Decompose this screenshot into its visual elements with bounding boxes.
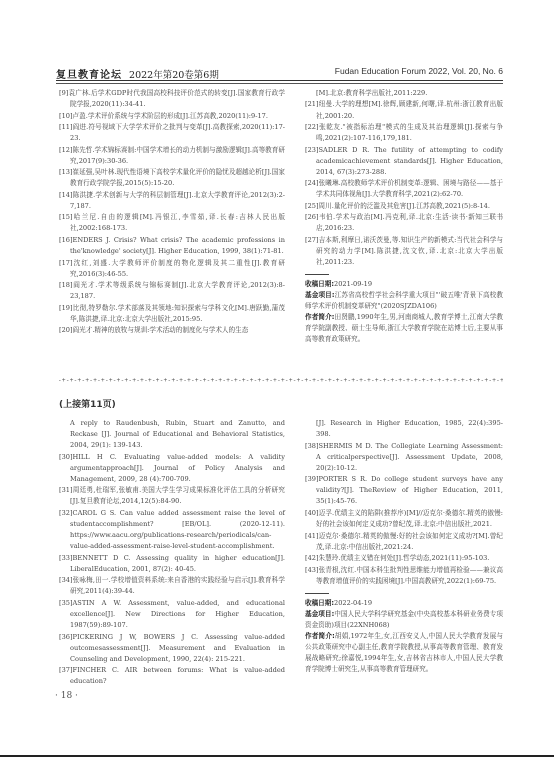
meta-rule	[305, 274, 329, 275]
reference-item: [11]阎进.符号视域下大学学术评价之批判与变革[J].高教探索,2020(11…	[59, 122, 285, 144]
reference-text: [19]比彻,特罗勒尔.学术部落及其领地:知识探索与学科文化[M].唐	[59, 304, 256, 312]
reference-text: [14]陈洪捷.学术创新与大学的科层制管理[J].北京大学教育评论,	[59, 191, 250, 199]
reference-text: [10]卢盈.学术评价系统与学术阶层的形成[J].江苏高教,2020(11):	[59, 112, 251, 120]
reference-item: [16]ENDERS J. Crisis? What crisis? The a…	[59, 235, 285, 257]
fund-project-value: 江苏省高校哲学社会科学重大项目"'破五唯'背景下高校教师学术评价机制变革研究"(…	[305, 291, 503, 310]
header-rule-thin	[56, 83, 503, 84]
reference-item: [15]哈兰尼.自由的逻辑[M].冯银江,李雪茹,译.长春:吉林人民出版社,20…	[59, 212, 285, 234]
reference-item: [12]陈先哲.学术锦标赛制:中国学术增长的动力机制与激励逻辑[J].高等教育研…	[59, 145, 285, 167]
continued-from-label: (上接第11页)	[59, 397, 116, 410]
author-bio-value: 胡娟,1972年生,女,江西安义人,中国人民大学教育发展与公共政策研究中心副主任…	[305, 632, 503, 673]
reference-continuation: 社,2002:168-173.	[70, 224, 127, 232]
reference-text: [24]张曦琳.高校教师学术评价机制变革:逻辑、困境与路径——基	[305, 179, 496, 187]
reference-continuation: 2021(2):107-116,179,181.	[325, 134, 412, 142]
fund-project: 基金项目:江苏省高校哲学社会科学重大项目"'破五唯'背景下高校教师学术评价机制变…	[305, 290, 503, 312]
received-date: 收稿日期:2022-04-19	[305, 598, 503, 609]
reference-item: [31]周廷勇,杜瑞军,张敏甫.美国大学生学习成果标准化评估工具的分析研究[J]…	[59, 485, 285, 507]
received-date-label: 收稿日期:	[305, 280, 334, 288]
reference-item: [13]崔延强,吴叶林.现代性语境下高校学术量化评价的隐忧及超越论析[J].国家…	[59, 167, 285, 189]
reference-item: A reply to Raudenbush, Rubin, Stuart and…	[59, 418, 285, 451]
reference-text: [13]崔延强,吴叶林.现代性语境下高校学术量化评价的隐忧及超越	[59, 168, 249, 176]
journal-title-en: Fudan Education Forum 2022, Vol. 20, No.…	[335, 66, 503, 76]
reference-continuation: A reply to Raudenbush, Rubin, Stuart and…	[70, 419, 285, 449]
reference-item: [M].北京:教育科学出版社,2011:229.	[305, 88, 503, 99]
reference-item: [32]CAROL G S. Can value added assessmen…	[59, 508, 285, 552]
received-date-value: 2021-09-19	[334, 280, 372, 288]
reference-item: [37]FINCHER C. AIR between forums: What …	[59, 665, 285, 687]
reference-item: [35]ASTIN A W. Assessment, value-added, …	[59, 598, 285, 631]
reference-text: [42]朱慧玲.优绩主义错在何处[J].哲学动态,2021(11):95-103…	[305, 554, 489, 562]
reference-continuation: 店,2016:23.	[316, 224, 354, 232]
reference-item: [34]张咏梅,田一.学校增值资料系统:来自香港的实践经验与启示[J].教育科学…	[59, 575, 285, 597]
reference-text: [21]纽曼.大学的理想[M].徐辉,顾建新,何曙,译.杭州:浙江教育出	[305, 100, 496, 108]
meta-rule	[305, 593, 329, 594]
reference-item: [38]SHERMIS M D. The Collegiate Learning…	[305, 441, 503, 474]
reference-item: [19]比彻,特罗勒尔.学术部落及其领地:知识探索与学科文化[M].唐跃勤,蒲茂…	[59, 303, 285, 325]
reference-continuation: assessment[J]. Measurement and Evaluatio…	[70, 644, 285, 663]
top-left-references: [9]袁广林.后学术GDP时代我国高校科技评价范式的转变[J].国家教育行政学院…	[59, 88, 285, 337]
reference-text: [43]张青根,沈红.中国本科生批判性思维能力增值再检验——兼议	[305, 566, 496, 574]
reference-text: [31]周廷勇,杜瑞军,张敏甫.美国大学生学习成果标准化评估工具	[59, 486, 251, 494]
reference-item: [27]吉本斯,利摩日,诺沃茨曼,等.知识生产的新模式:当代社会科学与研究的动力…	[305, 235, 503, 268]
reference-item: [40]迈孚.优绩主义的陷阱(推荐序)[M]//迈克尔·桑德尔.精英的傲慢:好的…	[305, 508, 503, 530]
reference-item: [25]周川.量化评价的泛滥及其危害[J].江苏高教,2021(5):8-14.	[305, 201, 503, 212]
author-bio-label: 作者简介:	[305, 313, 334, 321]
reference-text: [27]吉本斯,利摩日,诺沃茨曼,等.知识生产的新模式:当代社会科	[305, 236, 490, 244]
reference-item: [23]SADLER D R. The futility of attempti…	[305, 145, 503, 178]
bottom-right-references: [J]. Research in Higher Education, 1985,…	[305, 418, 503, 675]
reference-continuation: accomplishment? [EB/OL]. (2020-12-11). h…	[70, 520, 285, 550]
reference-continuation: 'knowledge' society[J]. Higher Education…	[81, 247, 284, 255]
header-journal-cn: 复旦教育论坛 2022年第20卷第6期	[56, 66, 219, 81]
fund-project: 基金项目:中国人民大学科学研究基金(中央高校基本科研业务费专项资金资助)项目(2…	[305, 609, 503, 631]
reference-continuation: 9-17.	[251, 112, 268, 120]
reference-text: [9]袁广林.后学术GDP时代我国高校科技评价范式的转变[J].国家	[59, 89, 251, 97]
reference-item: [43]张青根,沈红.中国本科生批判性思维能力增值再检验——兼议高等教育增值评价…	[305, 565, 503, 587]
reference-text: [41]迈克尔·桑德尔.精英的傲慢:好的社会该如何定义成功?[M].曾	[305, 532, 496, 540]
reference-item: [21]纽曼.大学的理想[M].徐辉,顾建新,何曙,译.杭州:浙江教育出版社,2…	[305, 99, 503, 121]
reference-text: [34]张咏梅,田一.学校增值资料系统:来自香港的实践经验与启示	[59, 576, 248, 584]
reference-item: [26]韦伯.学术与政治[M].冯克利,译.北京:生活·读书·新知三联书店,20…	[305, 212, 503, 234]
received-date: 收稿日期:2021-09-19	[305, 279, 503, 290]
reference-text: [37]FINCHER C. AIR between forums: What …	[59, 666, 285, 685]
received-date-value: 2022-04-19	[334, 599, 372, 607]
reference-item: [14]陈洪捷.学术创新与大学的科层制管理[J].北京大学教育评论,2012(3…	[59, 190, 285, 212]
reference-text: [11]阎进.符号视域下大学学术评价之批判与变革[J].高教探索,	[59, 123, 242, 131]
reference-item: [20]阎光才.精神的放牧与规训:学术活动的制度化与学术人的生态	[59, 325, 285, 336]
reference-text: [25]周川.量化评价的泛滥及其危害[J].江苏高教,2021(5):8-14.	[305, 202, 490, 210]
reference-continuation: approach[J]. Journal of Policy Analysis …	[70, 464, 285, 483]
author-bio-value: 田贤鹏,1990年生,男,河南商城人,教育学博士,江南大学教育学院副教授、硕士生…	[305, 313, 503, 343]
author-bio-label: 作者简介:	[305, 632, 335, 640]
top-right-references: [M].北京:教育科学出版社,2011:229.[21]纽曼.大学的理想[M].…	[305, 88, 503, 345]
header-rule	[56, 80, 503, 81]
reference-text: [18]阎光才.学术等级系统与锦标赛制[J].北京大学教育评论,2012	[59, 281, 267, 289]
page-number: · 18 ·	[55, 691, 78, 701]
reference-item: [24]张曦琳.高校教师学术评价机制变革:逻辑、困境与路径——基于学术共同体视角…	[305, 178, 503, 200]
reference-text: [15]哈兰尼.自由的逻辑[M].冯银江,李雪茹,译.长春:吉林人民出版	[59, 213, 285, 221]
reference-item: [36]PICKERING J W, BOWERS J C. Assessing…	[59, 632, 285, 665]
section-divider: -+-+-+-+-+-+-+-+-+-+-+-+-+-+-+-+-+-+-+-+…	[58, 378, 503, 384]
author-bio: 作者简介:田贤鹏,1990年生,男,河南商城人,教育学博士,江南大学教育学院副教…	[305, 312, 503, 345]
received-date-label: 收稿日期:	[305, 599, 334, 607]
reference-item: [10]卢盈.学术评价系统与学术阶层的形成[J].江苏高教,2020(11):9…	[59, 111, 285, 122]
fund-project-label: 基金项目:	[305, 291, 335, 299]
reference-item: [22]张乾友."被指标治理"模式的生成及其治理逻辑[J].探索与争鸣,2021…	[305, 122, 503, 144]
reference-item: [9]袁广林.后学术GDP时代我国高校科技评价范式的转变[J].国家教育行政学院…	[59, 88, 285, 110]
reference-continuation: [J]. Research in Higher Education, 1985,…	[316, 419, 503, 438]
reference-item: [17]沈红,刘盛.大学教师评价制度的物化逻辑及其二重性[J].教育研究,201…	[59, 258, 285, 280]
reference-text: [17]沈红,刘盛.大学教师评价制度的物化逻辑及其二重性[J].教育	[59, 259, 278, 267]
fund-project-label: 基金项目:	[305, 610, 334, 618]
reference-item: [30]HILL H C. Evaluating value-added mod…	[59, 452, 285, 485]
reference-continuation: Education, 2001, 87(2): 40-45.	[94, 565, 196, 573]
reference-text: [26]韦伯.学术与政治[M].冯克利,译.北京:生活·读书·新知三联书	[305, 213, 503, 221]
reference-continuation: [M].北京:教育科学出版社,2011:229.	[316, 89, 427, 97]
fund-project-value: 中国人民大学科学研究基金(中央高校基本科研业务费专项资金资助)项目(22XNH0…	[305, 610, 503, 629]
reference-text: [20]阎光才.精神的放牧与规训:学术活动的制度化与学术人的生态	[59, 326, 248, 334]
reference-text: [40]迈孚.优绩主义的陷阱(推荐序)[M]//迈克尔·桑德尔.精英的傲	[305, 509, 494, 517]
reference-item: [18]阎光才.学术等级系统与锦标赛制[J].北京大学教育评论,2012(3):…	[59, 280, 285, 302]
reference-text: [12]陈先哲.学术锦标赛制:中国学术增长的动力机制与激励逻辑[J].	[59, 146, 252, 154]
author-bio: 作者简介:胡娟,1972年生,女,江西安义人,中国人民大学教育发展与公共政策研究…	[305, 631, 503, 675]
reference-item: [39]PORTER S R. Do college student surve…	[305, 474, 503, 507]
bottom-left-references: A reply to Raudenbush, Rubin, Stuart and…	[59, 418, 285, 688]
reference-item: [J]. Research in Higher Education, 1985,…	[305, 418, 503, 440]
reference-item: [42]朱慧玲.优绩主义错在何处[J].哲学动态,2021(11):95-103…	[305, 553, 503, 564]
reference-item: [41]迈克尔·桑德尔.精英的傲慢:好的社会该如何定义成功?[M].曾纪茂,译.…	[305, 531, 503, 553]
reference-item: [33]BENNETT D C. Assessing quality in hi…	[59, 553, 285, 575]
